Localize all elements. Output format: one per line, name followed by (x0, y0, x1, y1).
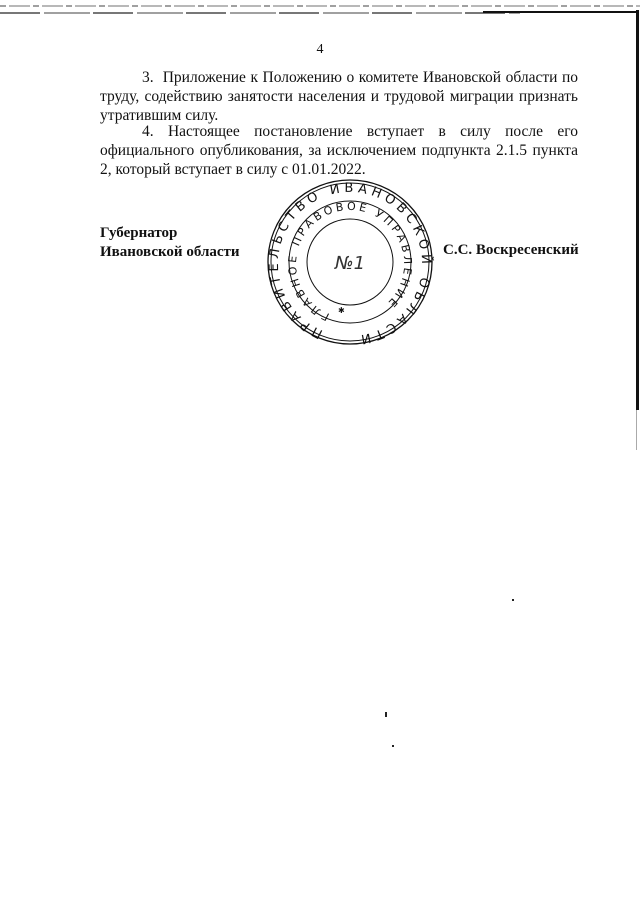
paragraph-text: Настоящее постановление вступает в силу … (100, 123, 578, 178)
scan-speck (392, 745, 394, 747)
scan-artifact-top (0, 5, 640, 7)
scan-artifact-line (483, 11, 638, 13)
scan-artifact-line (0, 12, 520, 14)
scan-artifact-edge (636, 410, 637, 450)
scan-speck (385, 712, 387, 717)
position-line: Ивановской области (100, 243, 240, 262)
signatory-name: С.С. Воскресенский (443, 242, 579, 259)
paragraph-text: Приложение к Положению о комитете Иванов… (100, 69, 578, 124)
official-seal-icon: ПРАВИТЕЛЬСТВО ИВАНОВСКОЙ ОБЛАСТИ ГЛАВНОЕ… (258, 178, 443, 346)
scan-artifact-edge (636, 10, 639, 410)
position-line: Губернатор (100, 224, 240, 243)
star-icon: ✱ (338, 306, 345, 315)
scan-speck (512, 599, 514, 601)
paragraph-4: 4. Настоящее постановление вступает в си… (100, 122, 578, 179)
paragraph-number: 4. (142, 123, 154, 140)
paragraph-3: 3. Приложение к Положению о комитете Ива… (100, 68, 578, 125)
page-number: 4 (0, 42, 640, 58)
paragraph-number: 3. (142, 69, 154, 86)
seal-center-text: №1 (334, 253, 365, 274)
signatory-position: Губернатор Ивановской области (100, 224, 240, 262)
